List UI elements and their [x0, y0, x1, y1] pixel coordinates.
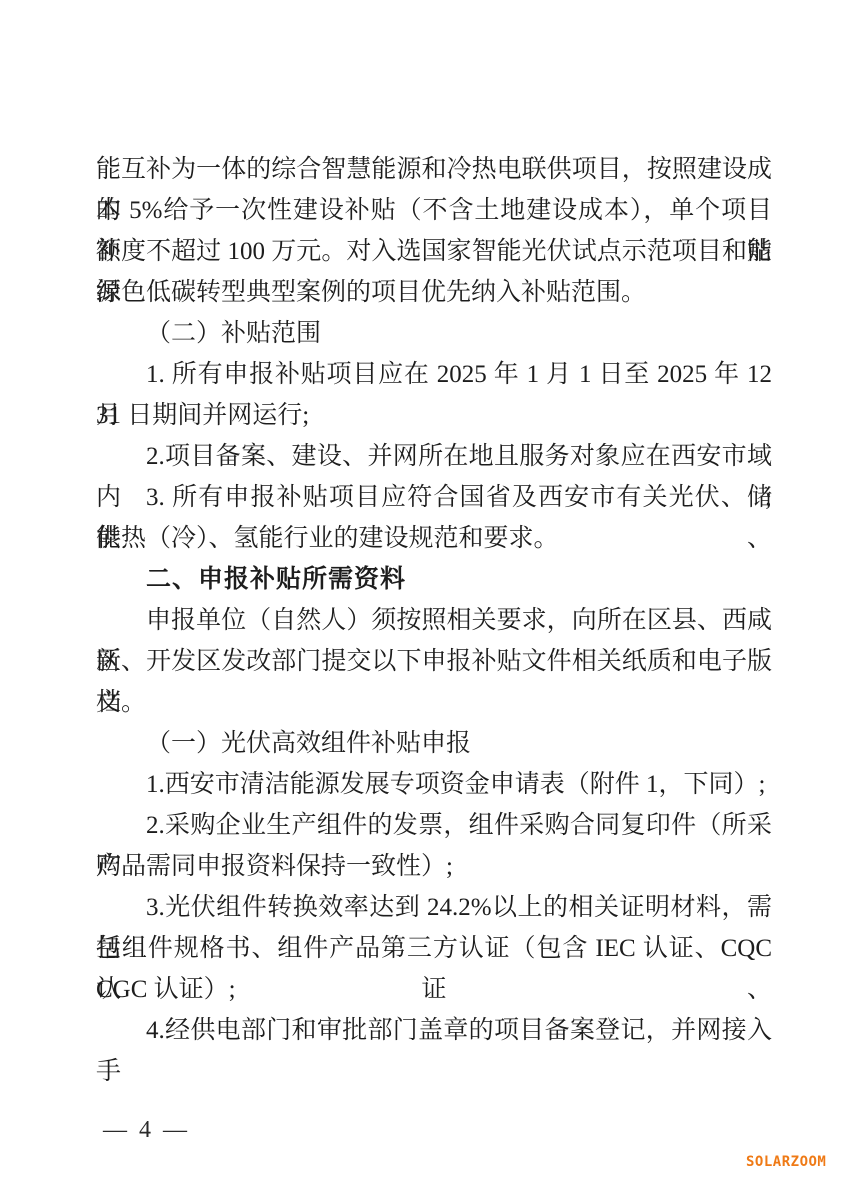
subsection-heading: （二）补贴范围: [96, 313, 772, 354]
body-text: 能互补为一体的综合智慧能源和冷热电联供项目，按照建设成本 的 5%给予一次性建设…: [96, 149, 772, 1051]
text-line: 3.光伏组件转换效率达到 24.2%以上的相关证明材料，需包: [96, 887, 772, 928]
text-line: 档。: [96, 682, 772, 723]
text-line: 4.经供电部门和审批部门盖章的项目备案登记，并网接入手: [96, 1010, 772, 1051]
text-line: 绿色低碳转型典型案例的项目优先纳入补贴范围。: [96, 272, 772, 313]
text-line: 1.西安市清洁能源发展专项资金申请表（附件 1，下同）;: [96, 764, 772, 805]
text-line: 的 5%给予一次性建设补贴（不含土地建设成本），单个项目补贴: [96, 190, 772, 231]
text-line: 31 日期间并网运行;: [96, 395, 772, 436]
text-line: 1. 所有申报补贴项目应在 2025 年 1 月 1 日至 2025 年 12 …: [96, 354, 772, 395]
text-line: 产品需同申报资料保持一致性）;: [96, 846, 772, 887]
text-line: 3. 所有申报补贴项目应符合国省及西安市有关光伏、储能、: [96, 477, 772, 518]
text-line: 申报单位（自然人）须按照相关要求，向所在区县、西咸新: [96, 600, 772, 641]
text-line: 2.采购企业生产组件的发票，组件采购合同复印件（所采购: [96, 805, 772, 846]
text-line: 区、开发区发改部门提交以下申报补贴文件相关纸质和电子版文: [96, 641, 772, 682]
page-number: — 4 —: [103, 1117, 190, 1144]
subsection-heading: （一）光伏高效组件补贴申报: [96, 723, 772, 764]
section-heading: 二、申报补贴所需资料: [96, 559, 772, 600]
text-line: 额度不超过 100 万元。对入选国家智能光伏试点示范项目和能源: [96, 231, 772, 272]
text-line: 能互补为一体的综合智慧能源和冷热电联供项目，按照建设成本: [96, 149, 772, 190]
text-line: 括组件规格书、组件产品第三方认证（包含 IEC 认证、CQC 认证、: [96, 928, 772, 969]
solarzoom-watermark: SOLARZOOM: [746, 1154, 826, 1170]
document-page: 能互补为一体的综合智慧能源和冷热电联供项目，按照建设成本 的 5%给予一次性建设…: [0, 0, 850, 1202]
text-line: 2.项目备案、建设、并网所在地且服务对象应在西安市域内;: [96, 436, 772, 477]
